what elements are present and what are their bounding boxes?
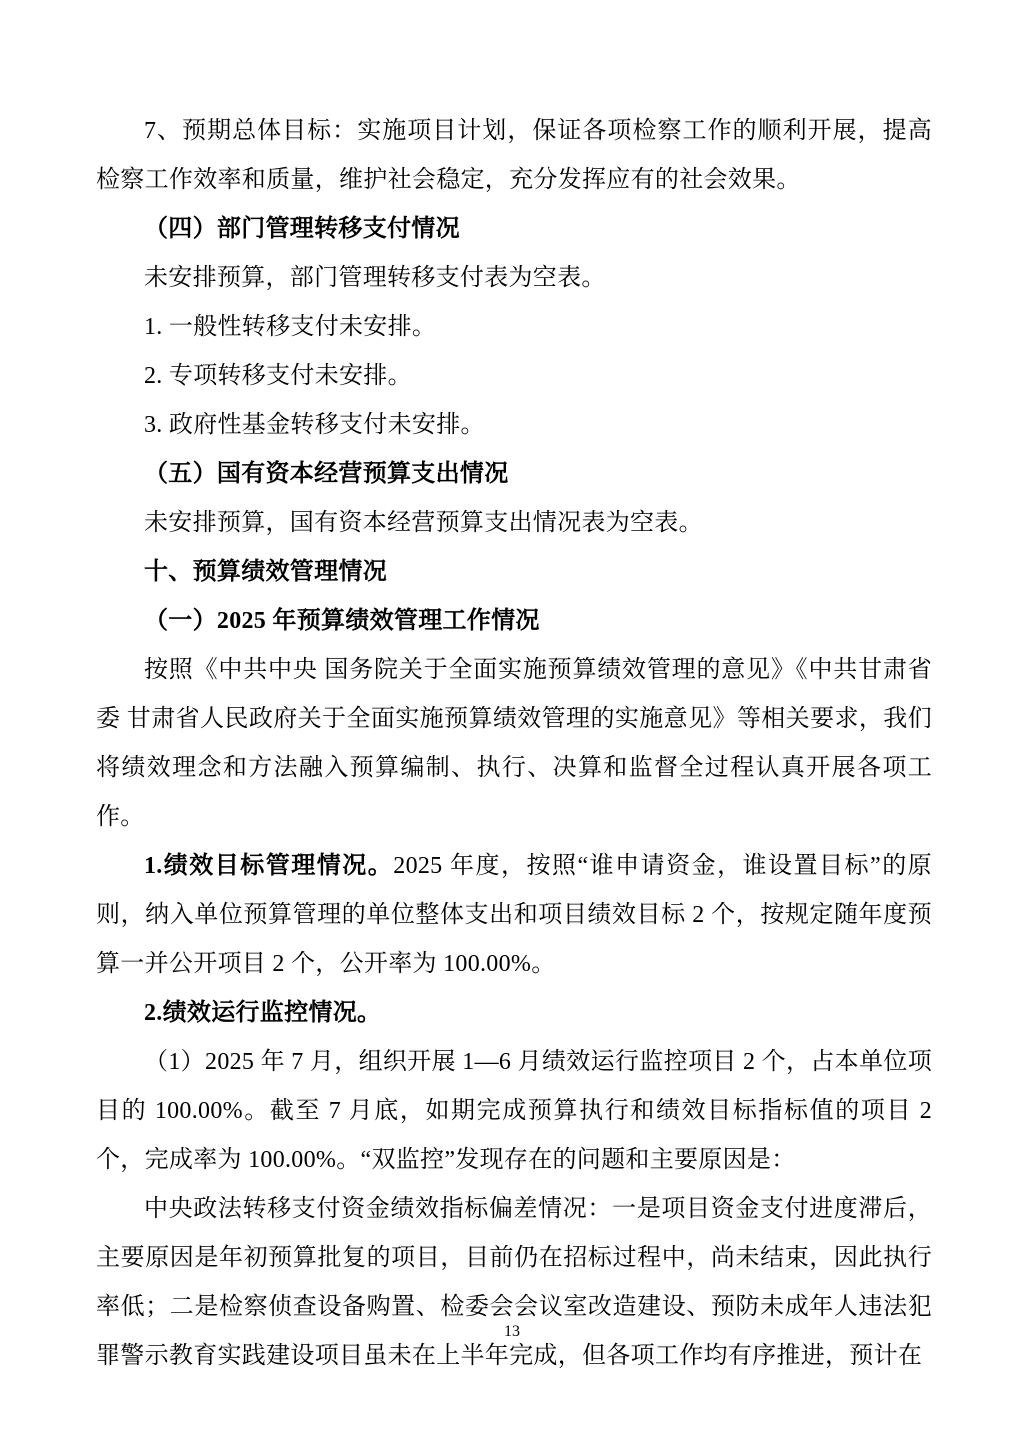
heading-performance-monitoring: 2.绩效运行监控情况。 bbox=[96, 989, 932, 1038]
document-page: 7、预期总体目标：实施项目计划，保证各项检察工作的顺利开展，提高检察工作效率和质… bbox=[0, 0, 1024, 1447]
paragraph-lead-performance-goal: 1.绩效目标管理情况。 bbox=[144, 853, 393, 879]
paragraph-performance-overview: 按照《中共中央 国务院关于全面实施预算绩效管理的意见》《中共甘肃省委 甘肃省人民… bbox=[96, 646, 932, 842]
paragraph-performance-goal-management: 1.绩效目标管理情况。2025 年度，按照“谁申请资金，谁设置目标”的原则，纳入… bbox=[96, 842, 932, 989]
heading-subsection-one-2025-performance: （一）2025 年预算绩效管理工作情况 bbox=[96, 597, 932, 646]
paragraph-deviation-explanation: 中央政法转移支付资金绩效指标偏差情况：一是项目资金支付进度滞后，主要原因是年初预… bbox=[96, 1185, 932, 1381]
paragraph-monitoring-detail: （1）2025 年 7 月，组织开展 1—6 月绩效运行监控项目 2 个，占本单… bbox=[96, 1038, 932, 1185]
heading-chapter-ten-performance: 十、预算绩效管理情况 bbox=[96, 548, 932, 597]
list-item-special-transfer: 2. 专项转移支付未安排。 bbox=[96, 352, 932, 401]
list-item-general-transfer: 1. 一般性转移支付未安排。 bbox=[96, 303, 932, 352]
heading-section-five-state-capital: （五）国有资本经营预算支出情况 bbox=[96, 450, 932, 499]
list-item-gov-fund-transfer: 3. 政府性基金转移支付未安排。 bbox=[96, 401, 932, 450]
paragraph-section-five-body: 未安排预算，国有资本经营预算支出情况表为空表。 bbox=[96, 499, 932, 548]
paragraph-overall-goal: 7、预期总体目标：实施项目计划，保证各项检察工作的顺利开展，提高检察工作效率和质… bbox=[96, 107, 932, 205]
page-number: 13 bbox=[0, 1322, 1024, 1342]
paragraph-section-four-body: 未安排预算，部门管理转移支付表为空表。 bbox=[96, 254, 932, 303]
heading-section-four-transfer-payments: （四）部门管理转移支付情况 bbox=[96, 205, 932, 254]
document-body: 7、预期总体目标：实施项目计划，保证各项检察工作的顺利开展，提高检察工作效率和质… bbox=[96, 107, 932, 1381]
